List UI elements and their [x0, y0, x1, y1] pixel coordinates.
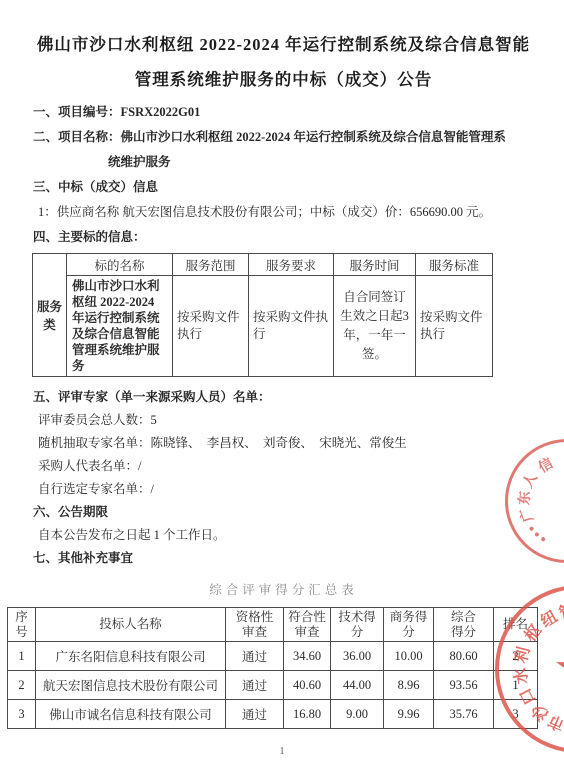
rank-cell: 2: [494, 642, 538, 671]
subject-scope-cell: 按采购文件执行: [173, 276, 249, 377]
col-commercial: 商务得 分: [384, 608, 434, 642]
subject-table-data-row: 佛山市沙口水利枢纽 2022-2024 年运行控制系统及综合信息智能管理系统维护…: [33, 276, 493, 377]
subject-name-cell: 佛山市沙口水利枢纽 2022-2024 年运行控制系统及综合信息智能管理系统维护…: [67, 276, 173, 377]
subject-col-scope: 服务范围: [173, 254, 249, 276]
total-cell: 35.76: [434, 700, 494, 729]
seq-cell: 3: [8, 700, 36, 729]
subject-col-requirement: 服务要求: [249, 254, 334, 276]
subject-col-name: 标的名称: [67, 254, 173, 276]
section-2-project-name-cont: 统维护服务: [33, 150, 534, 175]
seq-cell: 2: [8, 671, 36, 700]
technical-cell: 36.00: [331, 642, 384, 671]
random-experts-line: 随机抽取专家名单：陈晓锋、 李昌权、 刘奇俊、 宋晓光、常俊生: [33, 432, 534, 455]
col-qualification: 资格性 审查: [226, 608, 284, 642]
bidder-cell: 佛山市诚名信息科技有限公司: [36, 700, 226, 729]
purchaser-rep-line: 采购人代表名单：/: [33, 455, 534, 478]
subject-info-table: 服务 类 标的名称 服务范围 服务要求 服务时间 服务标准 佛山市沙口水利枢纽 …: [32, 253, 493, 377]
commercial-cell: 8.96: [384, 671, 434, 700]
bidder-cell: 广东名阳信息科技有限公司: [36, 642, 226, 671]
col-rank: 排名: [494, 608, 538, 642]
section-3-heading: 三、中标（成交）信息: [33, 175, 534, 200]
document-page: 佛山市沙口水利枢纽 2022-2024 年运行控制系统及综合信息智能 管理系统维…: [0, 0, 564, 761]
col-total: 综合 得分: [434, 608, 494, 642]
conformity-cell: 16.80: [284, 700, 331, 729]
subject-table-header-row: 服务 类 标的名称 服务范围 服务要求 服务时间 服务标准: [33, 254, 493, 276]
qualification-cell: 通过: [226, 671, 284, 700]
col-technical: 技术得 分: [331, 608, 384, 642]
conformity-cell: 40.60: [284, 671, 331, 700]
committee-count-line: 评审委员会总人数：5: [33, 409, 534, 432]
col-bidder: 投标人名称: [36, 608, 226, 642]
subject-col-time: 服务时间: [334, 254, 416, 276]
technical-cell: 44.00: [331, 671, 384, 700]
commercial-cell: 9.96: [384, 700, 434, 729]
col-conformity: 符合性 审查: [284, 608, 331, 642]
score-table-title: 综合评审得分汇总表: [33, 580, 534, 598]
service-category-cell: 服务 类: [33, 254, 67, 377]
score-row-2: 2 航天宏图信息技术股份有限公司 通过 40.60 44.00 8.96 93.…: [8, 671, 538, 700]
qualification-cell: 通过: [226, 700, 284, 729]
rank-cell: 1: [494, 671, 538, 700]
total-cell: 93.56: [434, 671, 494, 700]
section-1-project-number: 一、项目编号：FSRX2022G01: [33, 100, 534, 125]
section-4-heading: 四、主要标的信息：: [33, 225, 534, 250]
rank-cell: 3: [494, 700, 538, 729]
qualification-cell: 通过: [226, 642, 284, 671]
subject-standard-cell: 按采购文件执行: [416, 276, 493, 377]
title-line-1: 佛山市沙口水利枢纽 2022-2024 年运行控制系统及综合信息智能: [33, 27, 534, 62]
section-2-project-name: 二、项目名称：佛山市沙口水利枢纽 2022-2024 年运行控制系统及综合信息智…: [33, 125, 534, 150]
document-title: 佛山市沙口水利枢纽 2022-2024 年运行控制系统及综合信息智能 管理系统维…: [33, 27, 534, 97]
score-table-header-row: 序号 投标人名称 资格性 审查 符合性 审查 技术得 分 商务得 分 综合 得分…: [8, 608, 538, 642]
commercial-cell: 10.00: [384, 642, 434, 671]
announcement-period-line: 自本公告发布之日起 1 个工作日。: [33, 524, 534, 547]
experts-section: 五、评审专家（单一来源采购人员）名单： 评审委员会总人数：5 随机抽取专家名单：…: [33, 386, 534, 570]
subject-time-cell: 自合同签订生效之日起3年，一年一签。: [334, 276, 416, 377]
score-row-1: 1 广东名阳信息科技有限公司 通过 34.60 36.00 10.00 80.6…: [8, 642, 538, 671]
col-seq: 序号: [8, 608, 36, 642]
self-selected-experts-line: 自行选定专家名单：/: [33, 478, 534, 501]
title-line-2: 管理系统维护服务的中标（成交）公告: [33, 62, 534, 97]
subject-col-standard: 服务标准: [416, 254, 493, 276]
section-5-heading: 五、评审专家（单一来源采购人员）名单：: [33, 386, 534, 409]
supplier-award-line: 1：供应商名称 航天宏图信息技术股份有限公司；中标（成交）价：656690.00…: [33, 200, 534, 225]
seq-cell: 1: [8, 642, 36, 671]
score-row-3: 3 佛山市诚名信息科技有限公司 通过 16.80 9.00 9.96 35.76…: [8, 700, 538, 729]
technical-cell: 9.00: [331, 700, 384, 729]
bidder-cell: 航天宏图信息技术股份有限公司: [36, 671, 226, 700]
total-cell: 80.60: [434, 642, 494, 671]
section-6-heading: 六、公告期限: [33, 501, 534, 524]
conformity-cell: 34.60: [284, 642, 331, 671]
document-content: 佛山市沙口水利枢纽 2022-2024 年运行控制系统及综合信息智能 管理系统维…: [0, 0, 564, 729]
section-7-heading: 七、其他补充事宜: [33, 547, 534, 570]
subject-requirement-cell: 按采购文件执行: [249, 276, 334, 377]
page-number: 1: [0, 746, 564, 757]
score-summary-table: 序号 投标人名称 资格性 审查 符合性 审查 技术得 分 商务得 分 综合 得分…: [7, 607, 538, 729]
